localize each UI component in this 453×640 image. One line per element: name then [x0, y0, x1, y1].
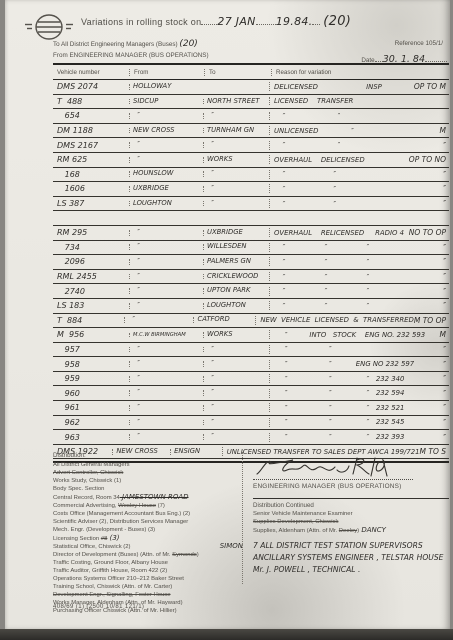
table-cell: ″: [203, 113, 269, 119]
from-line: From ENGINEERING MANAGER (BUS OPERATIONS…: [53, 52, 209, 59]
table-cell: ″: [203, 434, 269, 440]
distribution-item: Licensing Section #8 (3): [53, 534, 239, 543]
table-cell: LOUGHTON: [129, 201, 203, 207]
table-cell: RM 625: [53, 155, 129, 164]
table-cell: ″: [203, 186, 269, 192]
table-row: [53, 211, 449, 226]
table-cell: 734: [53, 243, 129, 252]
distribution-right-column: ENGINEERING MANAGER (BUS OPERATIONS) Dis…: [253, 452, 449, 576]
table-cell: ″: [203, 390, 269, 396]
table-cell: ″ ″ ″ 232 594″: [269, 389, 449, 398]
handwritten-notes: 7 ALL DISTRICT TEST STATION SUPERVISORSA…: [253, 540, 449, 576]
col-vehicle-number: Vehicle number: [53, 69, 129, 76]
table-row: RM 295 ″UXBRIDGEOVERHAUL RELICENSED RADI…: [53, 226, 449, 241]
table-cell: ″: [129, 405, 203, 411]
table-row: 654 ″ ″ ″ ″: [53, 109, 449, 124]
table-cell: ″: [129, 288, 203, 294]
table-cell: ″: [129, 230, 203, 236]
table-cell: NORTH STREET: [203, 99, 269, 105]
table-cell: T 488: [53, 97, 129, 106]
table-cell: RML 2455: [53, 272, 129, 281]
distribution-item: Scientific Adviser (2), Distribution Ser…: [53, 518, 239, 526]
distribution-item: Traffic Costing, Ground Floor, Albany Ho…: [53, 559, 239, 567]
table-cell: CATFORD: [193, 317, 255, 323]
table-cell: CRICKLEWOOD: [203, 274, 269, 280]
table-cell: ″ ″″: [269, 141, 449, 150]
handwritten-note-line: Mr. J. POWELL , TECHNICAL .: [253, 564, 449, 576]
table-cell: ″: [203, 201, 269, 207]
table-cell: ″: [129, 157, 203, 163]
distribution-item: Director of Development (Buses) (Attn. o…: [53, 551, 239, 559]
table-row: 734 ″WILLESDEN ″ ″ ″″: [53, 241, 449, 256]
table-row: 962 ″ ″ ″ ″ ″ 232 545″: [53, 416, 449, 431]
table-cell: ″: [203, 405, 269, 411]
table-cell: ″ ″ ″″: [269, 257, 449, 266]
table-cell: ″: [129, 347, 203, 353]
print-code: 408/69 (1) (2500 10/81 121/1): [53, 604, 144, 610]
table-cell: LS 183: [53, 301, 129, 310]
distribution-item: Senior Vehicle Maintenance Examiner: [253, 510, 449, 518]
table-row: 959 ″ ″ ″ ″ ″ 232 340″: [53, 372, 449, 387]
distribution-item: Operations Systems Officer 210–212 Baker…: [53, 575, 239, 583]
table-row: 2096 ″PALMERS GN ″ ″ ″″: [53, 255, 449, 270]
table-row: LS 183 ″LOUGHTON ″ ″ ″″: [53, 299, 449, 314]
table-cell: ″: [124, 317, 193, 323]
signatory-role: ENGINEERING MANAGER (BUS OPERATIONS): [253, 483, 449, 490]
table-cell: 168: [53, 170, 129, 179]
table-row: RML 2455 ″CRICKLEWOOD ″ ″ ″″: [53, 270, 449, 285]
table-cell: HOUNSLOW: [129, 171, 203, 177]
table-cell: 963: [53, 433, 129, 442]
table-cell: ″ ″ ″″: [269, 243, 449, 252]
table-cell: ″: [129, 420, 203, 426]
table-cell: WORKS: [203, 157, 269, 163]
table-cell: 2740: [53, 287, 129, 296]
table-header-row: Vehicle number From To Reason for variat…: [53, 65, 449, 80]
addressing-block: To All District Engineering Managers (Bu…: [53, 39, 449, 65]
col-reason: Reason for variation: [271, 69, 449, 76]
scan-edge-shadow: [0, 629, 453, 640]
reference-number: Reference 105/1/: [395, 40, 443, 47]
table-row: 168HOUNSLOW ″ ″ ″″: [53, 168, 449, 183]
table-cell: 654: [53, 111, 129, 120]
distribution-section: Distribution: All District General Manag…: [53, 452, 449, 612]
table-cell: ″: [203, 376, 269, 382]
table-cell: ″: [203, 347, 269, 353]
table-cell: 957: [53, 345, 129, 354]
table-body: DMS 2074HOLLOWAYDELICENSED INSPOP TO MT …: [53, 80, 449, 459]
table-cell: ″: [129, 434, 203, 440]
table-cell: ″: [129, 274, 203, 280]
table-cell: UNLICENSED ″M: [269, 126, 449, 135]
table-cell: ″: [203, 361, 269, 367]
distribution-item: Training School, Chiswick (Attn. of Mr. …: [53, 583, 239, 591]
table-row: T 884 ″CATFORDNEW VEHICLE LICENSED & TRA…: [53, 314, 449, 329]
table-cell: ″ ″ ″ 232 545″: [269, 418, 449, 427]
table-cell: UPTON PARK: [203, 288, 269, 294]
handwritten-note-line: ANCILLARY SYSTEMS ENGINEER , TELSTAR HOU…: [253, 552, 449, 564]
table-row: 960 ″ ″ ″ ″ ″ 232 594″: [53, 386, 449, 401]
rolling-stock-table: Vehicle number From To Reason for variat…: [53, 63, 449, 463]
table-cell: UXBRIDGE: [129, 186, 203, 192]
signature: [253, 452, 449, 482]
table-cell: ″: [129, 113, 203, 119]
table-cell: ″ ″ ″″: [269, 287, 449, 296]
table-cell: LOUGHTON: [203, 303, 269, 309]
table-cell: 961: [53, 403, 129, 412]
distribution-item: Advert Controller, Chiswick: [53, 469, 239, 477]
table-cell: T 884: [53, 316, 124, 325]
distribution-item: Supplies, Aldenham (Attn. of Mr. Deeley)…: [253, 526, 449, 535]
table-row: M 956M.C.W BIRMINGHAMWORKS ″ INTO STOCK …: [53, 328, 449, 343]
paper-sheet: Variations in rolling stock on27 JAN19.8…: [5, 0, 450, 629]
table-cell: ″ ″″: [269, 199, 449, 208]
table-cell: ″: [129, 142, 203, 148]
table-cell: ″ ″″: [269, 345, 449, 354]
column-divider: [242, 452, 243, 584]
distribution-left-items: All District General ManagersAdvert Cont…: [53, 461, 239, 615]
table-cell: TURNHAM GN: [203, 128, 269, 134]
table-cell: NEW CROSS: [129, 128, 203, 134]
distribution-item: Body Spec. Section: [53, 485, 239, 493]
table-cell: OVERHAUL RELICENSED RADIO 4NO TO OP: [269, 228, 449, 237]
table-cell: ″: [203, 142, 269, 148]
table-cell: 1606: [53, 184, 129, 193]
table-cell: 959: [53, 374, 129, 383]
table-cell: ″: [203, 171, 269, 177]
table-cell: ″: [129, 244, 203, 250]
table-cell: ″ ″ ENG NO 232 597″: [269, 360, 449, 369]
table-cell: ″: [129, 376, 203, 382]
table-cell: DMS 2167: [53, 141, 129, 150]
title-typed: Variations in rolling stock on: [81, 17, 201, 27]
distribution-item: Costs Office (Management Accountant Bus …: [53, 510, 239, 518]
table-row: DMS 2167 ″ ″ ″ ″″: [53, 138, 449, 153]
distribution-item: Traffic Auditor, Griffith House, Room 42…: [53, 567, 239, 575]
section-rule: [253, 498, 449, 499]
table-cell: NEW VEHICLE LICENSED & TRANSFERREDM TO O…: [255, 316, 449, 325]
table-cell: ″ ″ ″ 232 521″: [269, 403, 449, 412]
table-cell: ″: [129, 303, 203, 309]
table-cell: OVERHAUL DELICENSEDOP TO NO: [269, 155, 449, 164]
table-cell: LS 387: [53, 199, 129, 208]
table-cell: ″ ″ ″ 232 393″: [269, 433, 449, 442]
table-cell: 962: [53, 418, 129, 427]
title-count-handwritten: (20): [323, 14, 351, 29]
distribution-right-items: Senior Vehicle Maintenance ExaminerSuppl…: [253, 510, 449, 535]
table-cell: DELICENSED INSPOP TO M: [269, 82, 449, 91]
distribution-item: Commercial Advertising, Wesley House (7): [53, 502, 239, 510]
table-cell: ″: [129, 390, 203, 396]
table-row: 957 ″ ″ ″ ″″: [53, 343, 449, 358]
table-row: T 488SIDCUPNORTH STREETLICENSED TRANSFER: [53, 95, 449, 110]
table-cell: UXBRIDGE: [203, 230, 269, 236]
distribution-item: Statistical Office, Chiswick (2)SIMON: [53, 543, 239, 551]
distribution-item: Mech. Engr. (Development - Buses) (3): [53, 526, 239, 534]
table-cell: DMS 2074: [53, 82, 129, 91]
table-cell: 958: [53, 360, 129, 369]
table-cell: ″ ″″: [269, 170, 449, 179]
distribution-item: Central Record, Room 34 JAMESTOWN ROAD: [53, 493, 239, 502]
table-cell: 2096: [53, 257, 129, 266]
distribution-heading: Distribution:: [53, 452, 239, 460]
table-cell: SIDCUP: [129, 99, 203, 105]
to-line: To All District Engineering Managers (Bu…: [53, 41, 178, 48]
to-count-handwritten: (20): [179, 39, 197, 49]
table-cell: WILLESDEN: [203, 244, 269, 250]
table-row: 963 ″ ″ ″ ″ ″ 232 393″: [53, 430, 449, 445]
handwritten-note-line: 7 ALL DISTRICT TEST STATION SUPERVISORS: [253, 540, 449, 552]
col-to: To: [204, 69, 271, 76]
table-cell: DM 1188: [53, 126, 129, 135]
table-row: 958 ″ ″ ″ ″ ENG NO 232 597″: [53, 357, 449, 372]
distribution-item: Development Engr., Signalling, Foster Ho…: [53, 591, 239, 599]
table-cell: M.C.W BIRMINGHAM: [129, 333, 203, 337]
table-cell: ″ ″: [269, 112, 449, 120]
table-cell: LICENSED TRANSFER: [269, 97, 449, 105]
table-cell: 960: [53, 389, 129, 398]
distribution-list-left: Distribution: All District General Manag…: [53, 452, 239, 615]
title-year-handwritten: 19.84.: [276, 15, 313, 28]
distribution-item: All District General Managers: [53, 461, 239, 469]
table-row: 961 ″ ″ ″ ″ ″ 232 521″: [53, 401, 449, 416]
table-row: DM 1188NEW CROSSTURNHAM GNUNLICENSED ″M: [53, 124, 449, 139]
distribution-item: Supplies Development, Chiswick: [253, 518, 449, 526]
table-cell: ″ ″ ″″: [269, 301, 449, 310]
scanned-document: { "header": { "title_typed": "Variations…: [0, 0, 453, 640]
table-cell: ″ ″″: [269, 184, 449, 193]
table-row: 2740 ″UPTON PARK ″ ″ ″″: [53, 284, 449, 299]
title-date-handwritten: 27 JAN: [217, 15, 255, 28]
table-cell: PALMERS GN: [203, 259, 269, 265]
table-row: DMS 2074HOLLOWAYDELICENSED INSPOP TO M: [53, 80, 449, 95]
table-cell: ″ ″ ″″: [269, 272, 449, 281]
table-row: 1606UXBRIDGE ″ ″ ″″: [53, 182, 449, 197]
col-from: From: [129, 69, 204, 76]
distribution-item: Works Study, Chiswick (1): [53, 477, 239, 485]
table-cell: ″ INTO STOCK ENG NO. 232 593M: [269, 330, 449, 339]
table-cell: RM 295: [53, 228, 129, 237]
table-cell: WORKS: [203, 332, 269, 338]
document-title: Variations in rolling stock on27 JAN19.8…: [81, 14, 351, 29]
table-row: RM 625 ″WORKSOVERHAUL DELICENSEDOP TO NO: [53, 153, 449, 168]
table-cell: ″: [129, 361, 203, 367]
table-cell: ″ ″ ″ 232 340″: [269, 374, 449, 383]
distribution-continued-heading: Distribution Continued: [253, 502, 449, 509]
table-cell: HOLLOWAY: [129, 84, 203, 90]
table-cell: M 956: [53, 330, 129, 339]
table-cell: ″: [129, 259, 203, 265]
table-row: LS 387LOUGHTON ″ ″ ″″: [53, 197, 449, 212]
table-cell: ″: [203, 420, 269, 426]
